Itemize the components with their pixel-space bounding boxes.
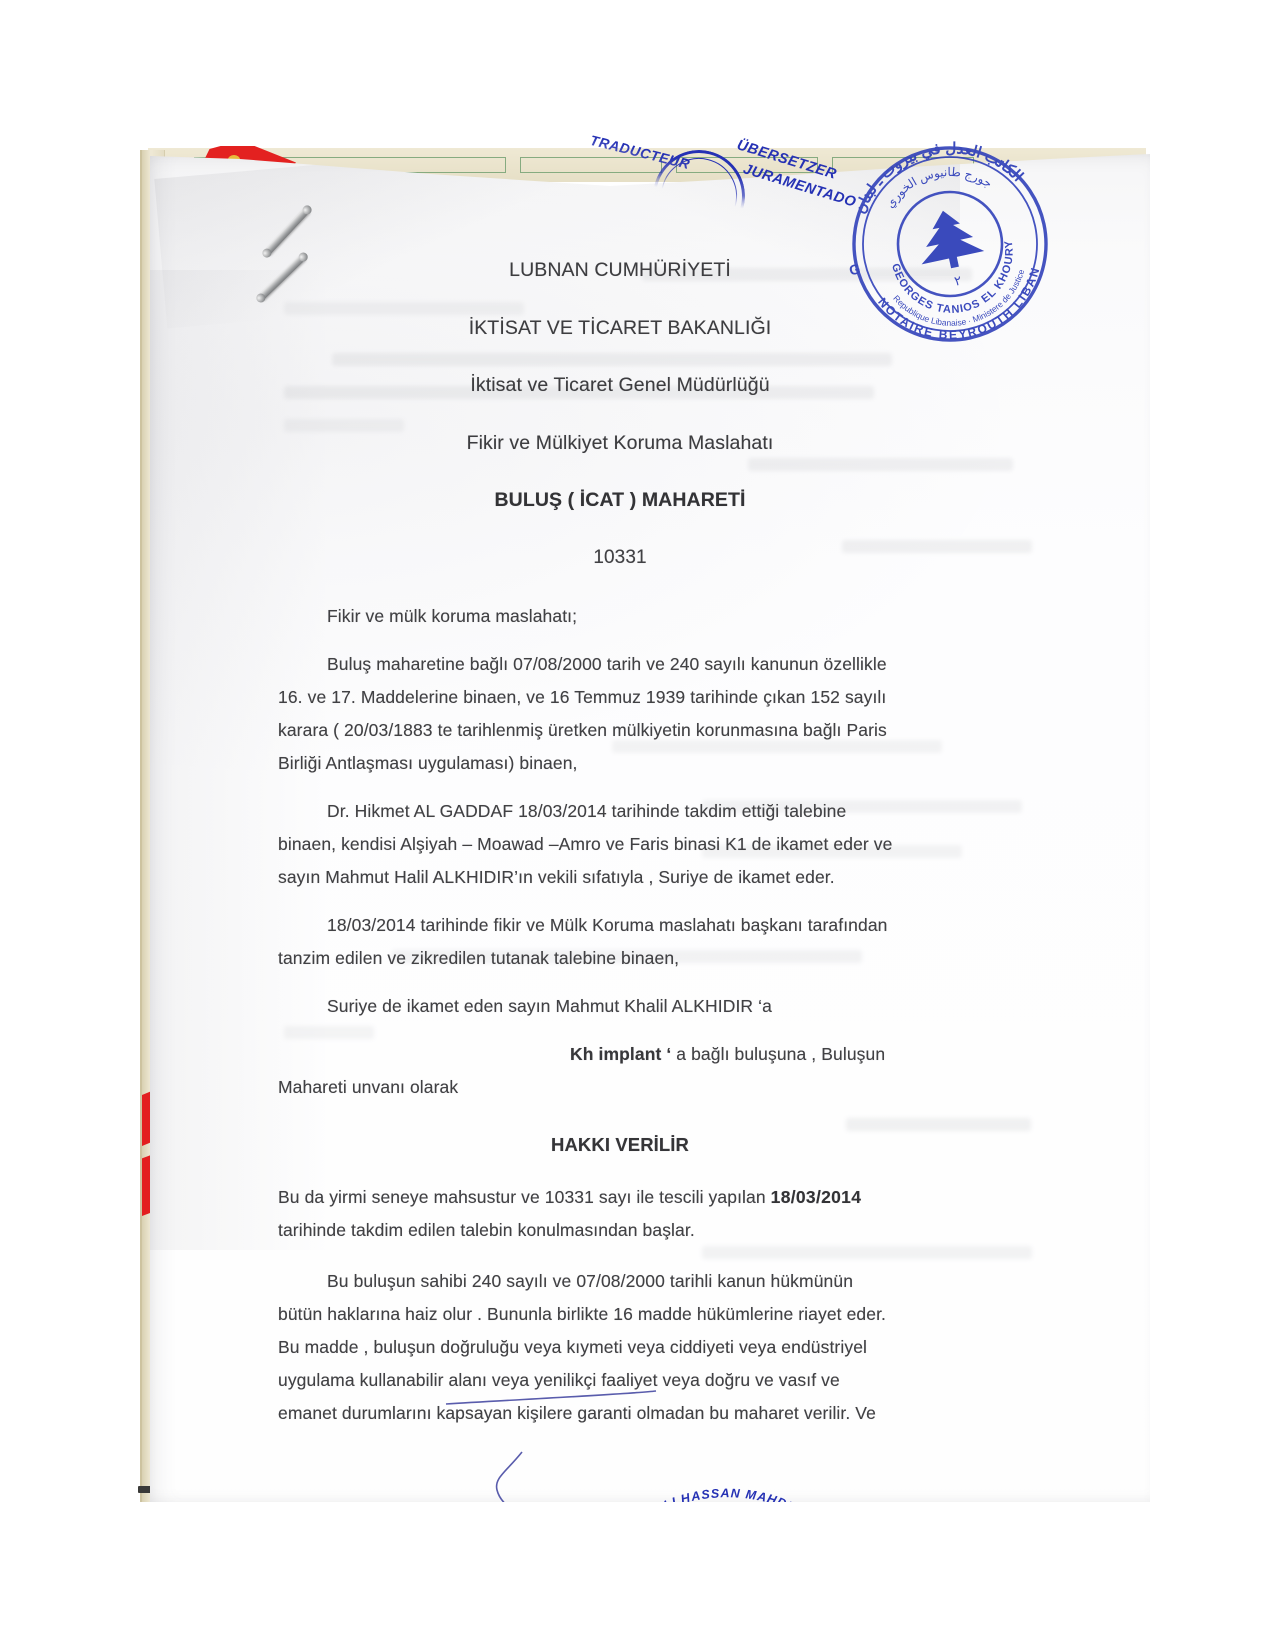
line-invention-name: Kh implant ‘ a bağlı buluşuna , Buluşun (570, 1038, 962, 1071)
svg-text:BEIRUT: BEIRUT (708, 1562, 740, 1570)
translator-stamp-right-column: TRANSLATORJUREÜBERSETZERJURAMENTADO (736, 1507, 847, 1605)
seal-mountains (695, 1532, 753, 1559)
document-page: LUBNAN CUMHÜRİYETİ İKTİSAT VE TİCARET BA… (150, 150, 1150, 1502)
translator-stamp-left-column: SWORNTRADUCTEURVEREIDIGTETRADUCTOR (603, 1511, 703, 1609)
paragraph-law: Buluş maharetine bağlı 07/08/2000 tarih … (278, 648, 962, 780)
translator-stamp-arched-name: ALI HASSAN MAHDI (595, 1478, 850, 1531)
svg-text:٢: ٢ (953, 273, 963, 289)
underlying-form-cell (520, 157, 662, 173)
svg-text:LEBANON: LEBANON (701, 1565, 748, 1583)
notary-stamp: الكاتب العدل في بيروت ـ لبنان جورج طانيو… (817, 111, 1083, 377)
seal-cedar (720, 1546, 728, 1558)
patent-number: 10331 (278, 541, 962, 574)
translator-stamp-border (596, 1504, 853, 1617)
staple (263, 206, 310, 256)
patent-title: BULUŞ ( İCAT ) MAHARETİ (278, 484, 962, 517)
paragraph-rights: Bu buluşun sahibi 240 sayılı ve 07/08/20… (278, 1265, 962, 1430)
translator-stamp: ALI HASSAN MAHDI SWORNTRADUCTEURVEREIDIG… (595, 1478, 853, 1617)
scanned-document: LUBNAN CUMHÜRİYETİ İKTİSAT VE TİCARET BA… (0, 0, 1275, 1650)
salutation-line: Fikir ve mülk koruma maslahatı; (278, 600, 962, 633)
paragraph-protocol: 18/03/2014 tarihinde fikir ve Mülk Korum… (278, 909, 962, 975)
header-directorate: İktisat ve Ticaret Genel Müdürlüğü (278, 369, 962, 402)
translator-stamp-seal: علي حسن مهدي 615390 BEIRUT LEBANON (675, 1499, 774, 1598)
line-title-as: Mahareti unvanı olarak (278, 1071, 962, 1104)
document-text: LUBNAN CUMHÜRİYETİ İKTİSAT VE TİCARET BA… (278, 254, 962, 1445)
paragraph-applicant: Dr. Hikmet AL GADDAF 18/03/2014 tarihind… (278, 795, 962, 894)
header-office: Fikir ve Mülkiyet Koruma Maslahatı (278, 427, 962, 460)
grant-date: 18/03/2014 (771, 1187, 862, 1207)
paragraph-term: Bu da yirmi seneye mahsustur ve 10331 sa… (278, 1181, 962, 1247)
notary-stamp-letter-g: G (848, 260, 862, 278)
grant-heading: HAKKI VERİLİR (278, 1128, 962, 1161)
cedar-tree-icon (912, 204, 987, 274)
line-grantee: Suriye de ikamet eden sayın Mahmut Khali… (278, 990, 962, 1023)
svg-text:615390: 615390 (712, 1541, 736, 1549)
svg-text:علي حسن مهدي: علي حسن مهدي (691, 1508, 755, 1533)
invention-name: Kh implant ‘ (570, 1044, 671, 1064)
underlying-form-cell (676, 157, 818, 173)
